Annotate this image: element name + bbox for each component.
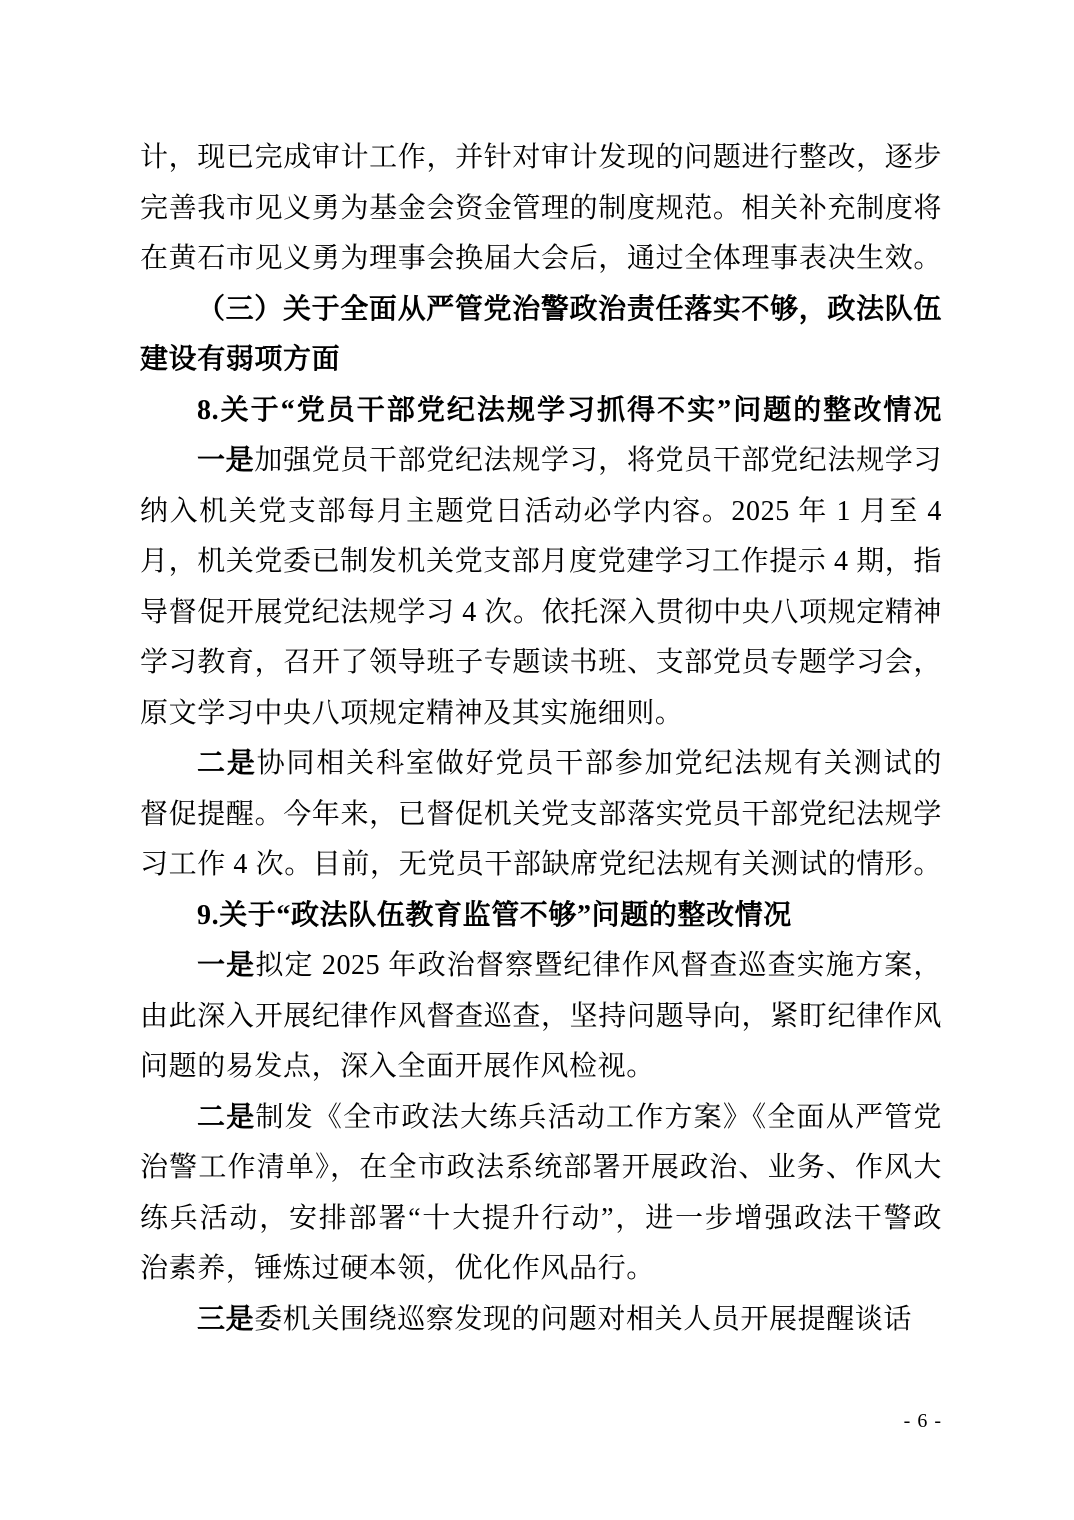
- section-heading: 建设有弱项方面: [140, 335, 942, 386]
- text-line: 完善我市见义勇为基金会资金管理的制度规范。相关补充制度将: [140, 184, 942, 235]
- lead-emphasis: 二是: [197, 1102, 255, 1133]
- lead-emphasis: 一是: [197, 950, 255, 981]
- text-line: 纳入机关党支部每月主题党日活动必学内容。2025 年 1 月至 4: [140, 487, 942, 538]
- text-line: 在黄石市见义勇为理事会换届大会后，通过全体理事表决生效。: [140, 234, 942, 285]
- lead-emphasis: 二是: [197, 748, 257, 779]
- text-line: 问题的易发点，深入全面开展作风检视。: [140, 1042, 942, 1093]
- text-line: 三是委机关围绕巡察发现的问题对相关人员开展提醒谈话: [140, 1295, 942, 1346]
- document-page: 计，现已完成审计工作，并针对审计发现的问题进行整改，逐步完善我市见义勇为基金会资…: [0, 0, 1074, 1520]
- text-line: 习工作 4 次。目前，无党员干部缺席党纪法规有关测试的情形。: [140, 840, 942, 891]
- numbered-heading: 9.关于“政法队伍教育监管不够”问题的整改情况: [140, 891, 942, 942]
- lead-emphasis: 三是: [197, 1304, 254, 1335]
- text-line: 月，机关党委已制发机关党支部月度党建学习工作提示 4 期，指: [140, 537, 942, 588]
- lead-emphasis: 一是: [197, 445, 254, 476]
- text-line: 督促提醒。今年来，已督促机关党支部落实党员干部党纪法规学: [140, 790, 942, 841]
- text-line: 原文学习中央八项规定精神及其实施细则。: [140, 689, 942, 740]
- text-line: 二是协同相关科室做好党员干部参加党纪法规有关测试的: [140, 739, 942, 790]
- numbered-heading: 8.关于“党员干部党纪法规学习抓得不实”问题的整改情况: [140, 386, 942, 437]
- text-line: 由此深入开展纪律作风督查巡查，坚持问题导向，紧盯纪律作风: [140, 992, 942, 1043]
- text-line: 练兵活动，安排部署“十大提升行动”，进一步增强政法干警政: [140, 1194, 942, 1245]
- text-line: 一是加强党员干部党纪法规学习，将党员干部党纪法规学习: [140, 436, 942, 487]
- page-number: - 6 -: [904, 1410, 942, 1433]
- text-line: 学习教育，召开了领导班子专题读书班、支部党员专题学习会，: [140, 638, 942, 689]
- text-line: 一是拟定 2025 年政治督察暨纪律作风督查巡查实施方案，: [140, 941, 942, 992]
- text-line: 计，现已完成审计工作，并针对审计发现的问题进行整改，逐步: [140, 133, 942, 184]
- text-line: 治警工作清单》，在全市政法系统部署开展政治、业务、作风大: [140, 1143, 942, 1194]
- document-body: 计，现已完成审计工作，并针对审计发现的问题进行整改，逐步完善我市见义勇为基金会资…: [140, 133, 942, 1345]
- text-line: 导督促开展党纪法规学习 4 次。依托深入贯彻中央八项规定精神: [140, 588, 942, 639]
- section-heading: （三）关于全面从严管党治警政治责任落实不够，政法队伍: [140, 285, 942, 336]
- text-line: 治素养，锤炼过硬本领，优化作风品行。: [140, 1244, 942, 1295]
- text-line: 二是制发《全市政法大练兵活动工作方案》《全面从严管党: [140, 1093, 942, 1144]
